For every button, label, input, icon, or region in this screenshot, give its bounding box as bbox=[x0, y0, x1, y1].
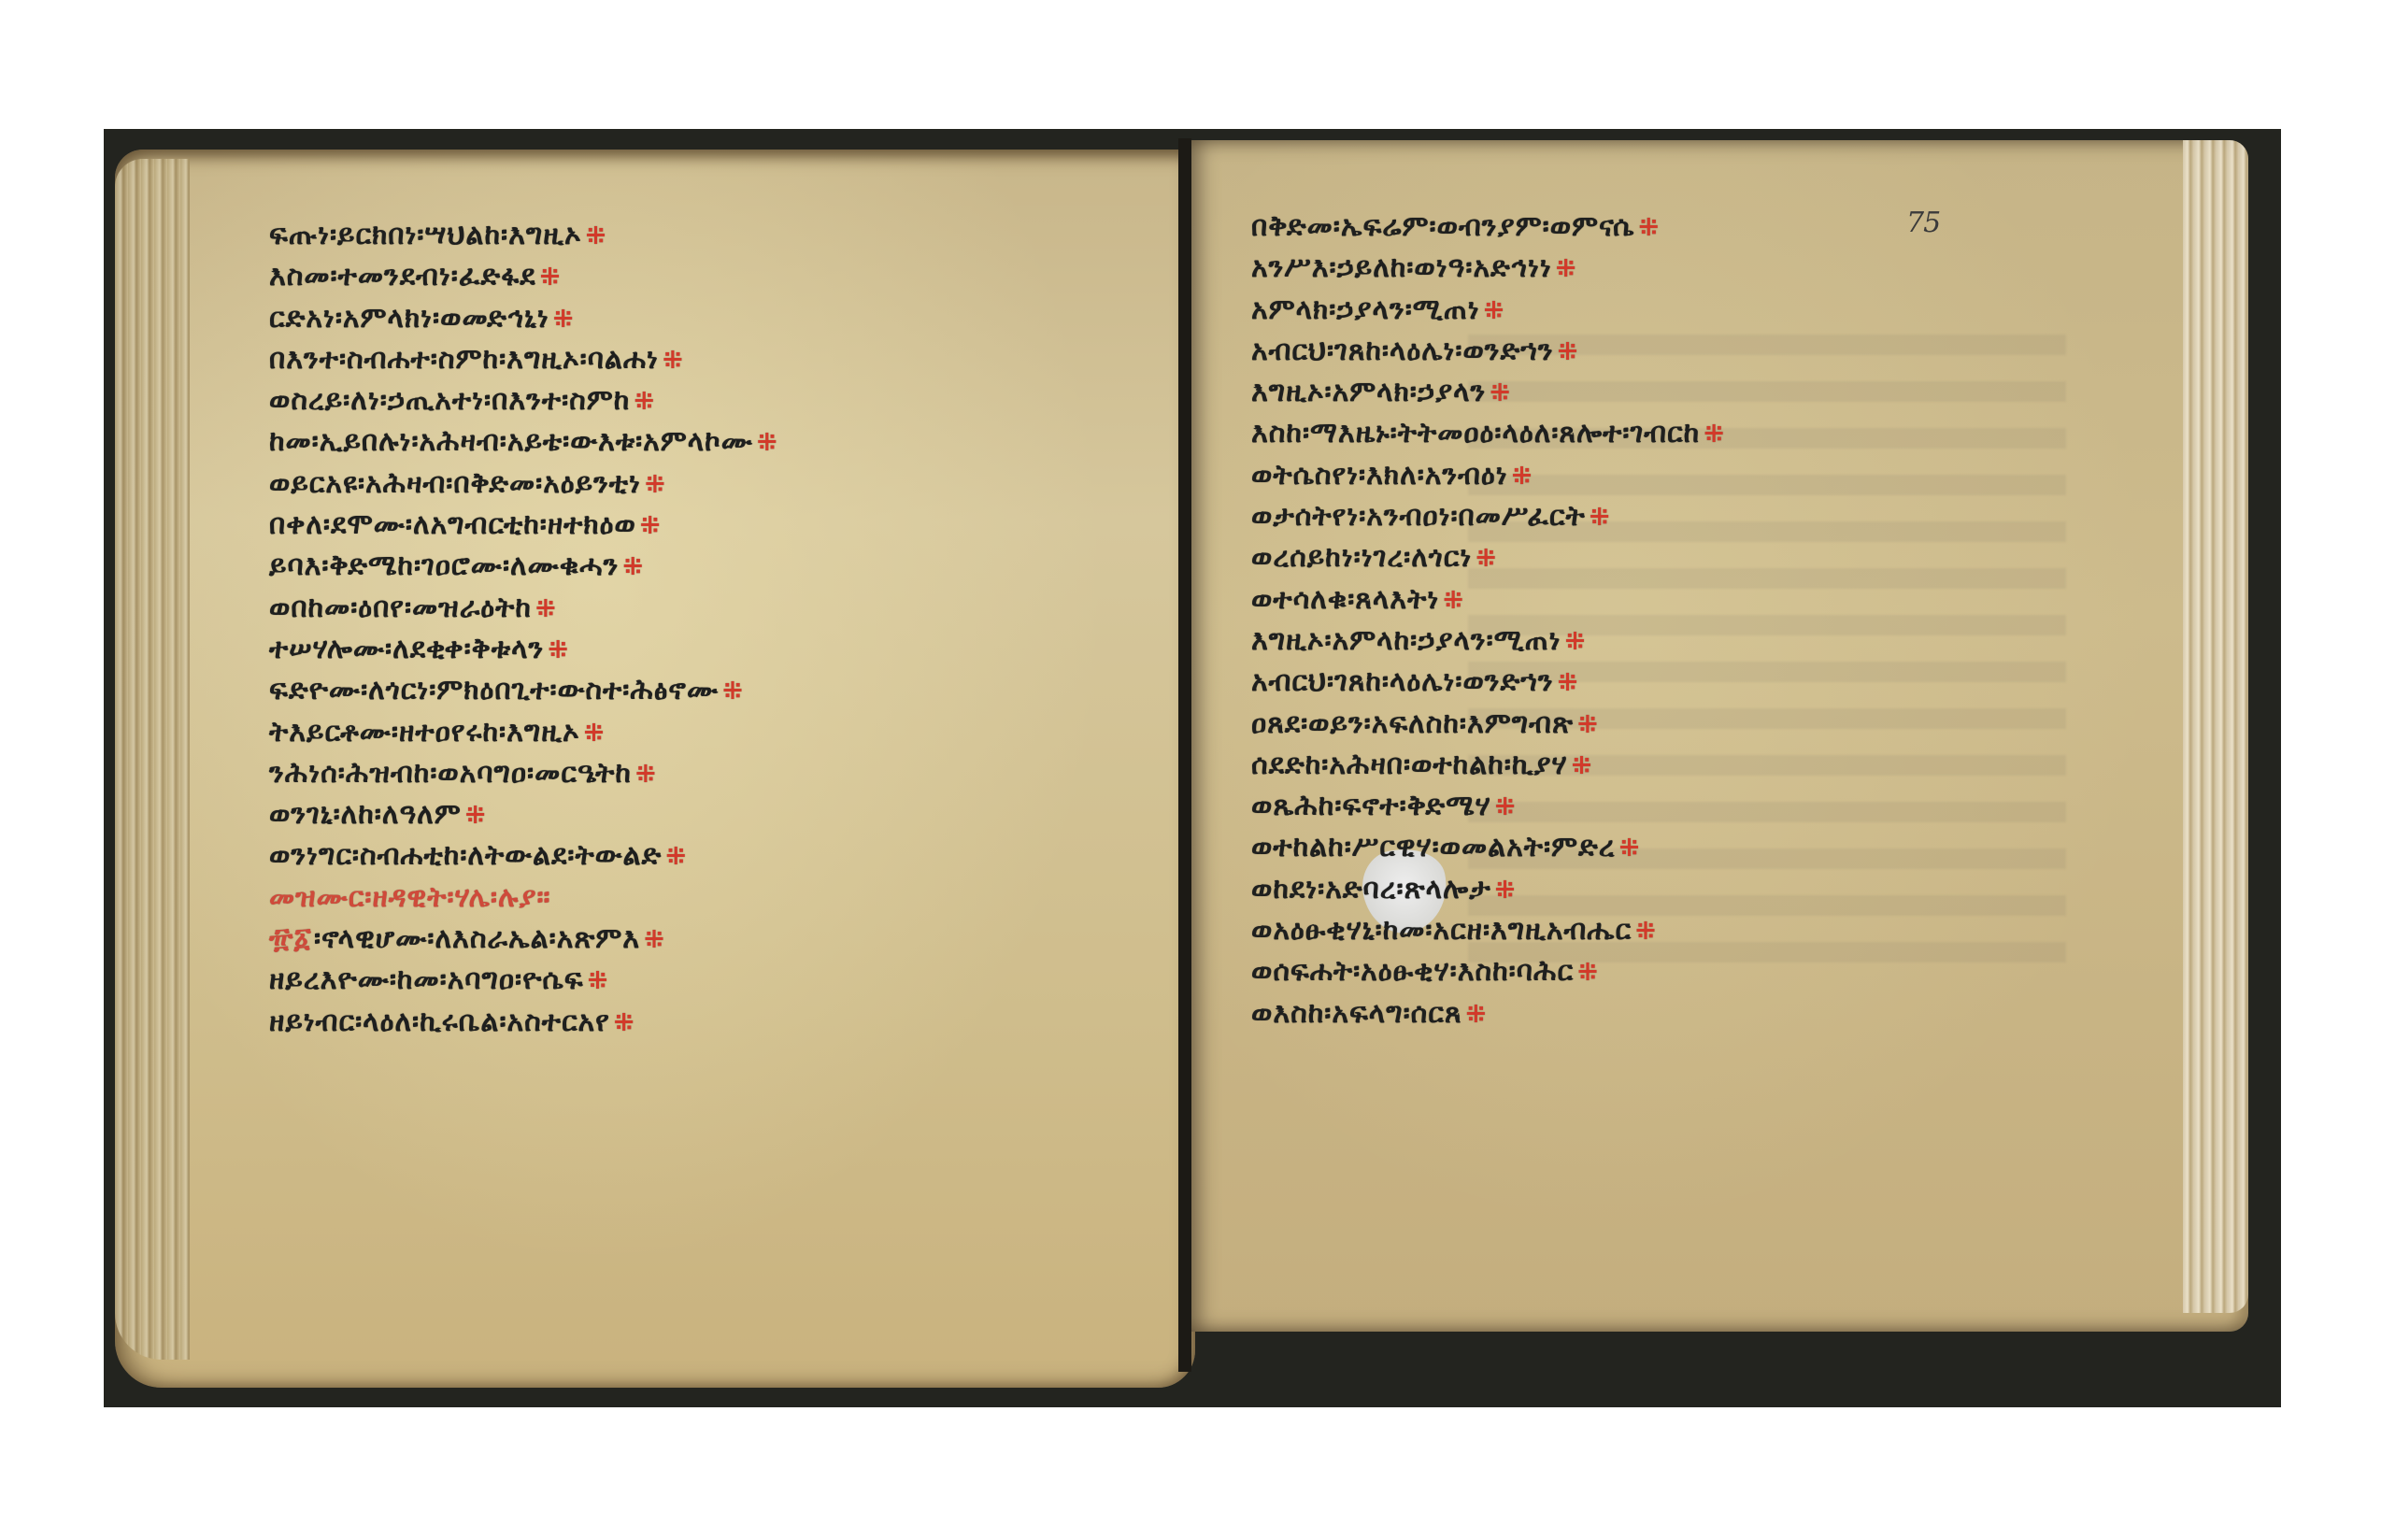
manuscript-scan: 75 ፍጡነ፡ይርክበነ፡ሣህልከ፡እግዚኦ⁜ እስመ፡ተመንደብነ፡ፈድፋደ⁜… bbox=[104, 129, 2281, 1407]
verse-divider-icon: ⁜ bbox=[757, 429, 778, 457]
text-line: ወተከልከ፡ሥርዊሃ፡ወመልአት፡ምድረ⁜ bbox=[1251, 827, 1725, 868]
text-line: ትእይርቶሙ፡ዘተዐየሩከ፡እግዚኦ⁜ bbox=[269, 712, 778, 753]
text-line: ወአዕፁቂሃኒ፡ከመ፡አርዘ፡እግዚአብሔር⁜ bbox=[1251, 910, 1725, 951]
text-line: ዐጸደ፡ወይን፡አፍለስከ፡እምግብጽ⁜ bbox=[1251, 704, 1725, 745]
text-line: ከመ፡ኢይበሉነ፡አሕዛብ፡አይቴ፡ውእቱ፡አምላኮሙ⁜ bbox=[269, 421, 778, 463]
text-line: ወሰፍሐት፡አዕፁቂሃ፡እስከ፡ባሕር⁜ bbox=[1251, 951, 1725, 992]
text-line: ወስረይ፡ለነ፡ኃጢአተነ፡በእንተ፡ስምከ⁜ bbox=[269, 380, 778, 421]
verse-divider-icon: ⁜ bbox=[1512, 463, 1533, 491]
verse-divider-icon: ⁜ bbox=[644, 926, 665, 954]
verse-divider-icon: ⁜ bbox=[614, 1009, 635, 1037]
text-line: ንሕነሰ፡ሕዝብከ፡ወአባግዐ፡መርዔትከ⁜ bbox=[269, 753, 778, 794]
verse-divider-icon: ⁜ bbox=[540, 264, 562, 292]
verse-divider-icon: ⁜ bbox=[1635, 918, 1657, 946]
verse-divider-icon: ⁜ bbox=[586, 222, 607, 250]
book-gutter bbox=[1178, 138, 1191, 1372]
verse-divider-icon: ⁜ bbox=[1558, 669, 1579, 697]
psalm-number: ፹፩ bbox=[269, 922, 312, 955]
text-line: ወእስከ፡አፍላግ፡ሰርጸ⁜ bbox=[1251, 993, 1725, 1034]
text-line: እስመ፡ተመንደብነ፡ፈድፋደ⁜ bbox=[269, 256, 778, 297]
verse-divider-icon: ⁜ bbox=[1556, 255, 1577, 283]
text-line: ወተሳለቁ፡ጸላእትነ⁜ bbox=[1251, 579, 1725, 620]
right-page-text: በቅድመ፡ኤፍሬም፡ወብንያም፡ወምናሴ⁜ አንሥእ፡ኃይለከ፡ወነዓ፡አድኅነ… bbox=[1251, 207, 1725, 1034]
verse-divider-icon: ⁜ bbox=[645, 471, 666, 499]
verse-divider-icon: ⁜ bbox=[1577, 959, 1599, 987]
text-line: እግዚኦ፡አምላከ፡ኃያላን፡ሚጠነ⁜ bbox=[1251, 620, 1725, 662]
text-line: በእንተ፡ስብሐተ፡ስምከ፡እግዚኦ፡ባልሐነ⁜ bbox=[269, 339, 778, 380]
verse-divider-icon: ⁜ bbox=[635, 761, 657, 789]
verse-divider-icon: ⁜ bbox=[1572, 752, 1593, 780]
text-line: ወትሴስየነ፡እክለ፡አንብዕነ⁜ bbox=[1251, 455, 1725, 496]
text-line: ፍጡነ፡ይርክበነ፡ሣህልከ፡እግዚኦ⁜ bbox=[269, 215, 778, 256]
verse-divider-icon: ⁜ bbox=[665, 843, 687, 871]
text-line: አብርህ፡ገጸከ፡ላዕሌነ፡ወንድኀን⁜ bbox=[1251, 662, 1725, 703]
text-line: ተሠሃሎሙ፡ለደቂቀ፡ቅቱላን⁜ bbox=[269, 629, 778, 670]
text-line: ርድአነ፡አምላክነ፡ወመድኅኒነ⁜ bbox=[269, 298, 778, 339]
left-page-text: ፍጡነ፡ይርክበነ፡ሣህልከ፡እግዚኦ⁜ እስመ፡ተመንደብነ፡ፈድፋደ⁜ ርድ… bbox=[269, 215, 778, 1043]
verse-divider-icon: ⁜ bbox=[1590, 504, 1611, 532]
verse-divider-icon: ⁜ bbox=[622, 553, 644, 581]
verse-divider-icon: ⁜ bbox=[640, 512, 662, 540]
verse-divider-icon: ⁜ bbox=[1558, 338, 1579, 366]
verse-divider-icon: ⁜ bbox=[584, 720, 606, 748]
verse-divider-icon: ⁜ bbox=[1577, 711, 1599, 739]
verse-divider-icon: ⁜ bbox=[663, 347, 684, 375]
verse-divider-icon: ⁜ bbox=[722, 677, 744, 706]
verse-divider-icon: ⁜ bbox=[553, 306, 575, 334]
text-line: እስከ፡ማእዜኑ፡ትትመዐዕ፡ላዕለ፡ጸሎተ፡ገብርከ⁜ bbox=[1251, 413, 1725, 454]
verse-divider-icon: ⁜ bbox=[1495, 793, 1517, 821]
text-line: ሰደድከ፡አሕዛበ፡ወተከልከ፡ኪያሃ⁜ bbox=[1251, 745, 1725, 786]
verse-divider-icon: ⁜ bbox=[548, 636, 569, 664]
text-line: ወይርአዩ፡አሕዛብ፡በቅድመ፡አዕይንቲነ⁜ bbox=[269, 463, 778, 505]
verse-divider-icon: ⁜ bbox=[1495, 877, 1517, 905]
text-line: እግዚኦ፡አምላክ፡ኃያላን⁜ bbox=[1251, 372, 1725, 413]
folio-number: 75 bbox=[1906, 207, 1940, 239]
psalm-heading-rubric: መዝሙር፡ዘዳዊት፡ሃሌ፡ሉያ። bbox=[269, 877, 778, 919]
text-line: ዘይረእዮሙ፡ከመ፡አባግዐ፡ዮሴፍ⁜ bbox=[269, 960, 778, 1001]
text-line: ወበከመ፡ዕበየ፡መዝራዕትከ⁜ bbox=[269, 588, 778, 629]
text-line: በቅድመ፡ኤፍሬም፡ወብንያም፡ወምናሴ⁜ bbox=[1251, 207, 1725, 248]
verse-divider-icon: ⁜ bbox=[1490, 379, 1511, 407]
text-line: ፹፩፡ኖላዊሆሙ፡ለእስራኤል፡አጽምእ⁜ bbox=[269, 919, 778, 960]
verse-divider-icon: ⁜ bbox=[588, 967, 609, 995]
text-line: ይባእ፡ቅድሜከ፡ገዐሮሙ፡ለሙቁሓን⁜ bbox=[269, 546, 778, 587]
text-line: ፍድዮሙ፡ለጎርነ፡ምክዕበጊተ፡ውስተ፡ሕፅኖሙ⁜ bbox=[269, 670, 778, 711]
verse-divider-icon: ⁜ bbox=[1565, 628, 1587, 656]
verse-divider-icon: ⁜ bbox=[634, 388, 655, 416]
text-line: ወንነግር፡ስብሐቲከ፡ለትውልደ፡ትውልድ⁜ bbox=[269, 835, 778, 877]
verse-divider-icon: ⁜ bbox=[1484, 297, 1505, 325]
text-line: አብርህ፡ገጸከ፡ላዕሌነ፡ወንድኀን⁜ bbox=[1251, 331, 1725, 372]
verse-divider-icon: ⁜ bbox=[1476, 545, 1497, 573]
text-line: አምላክ፡ኃያላን፡ሚጠነ⁜ bbox=[1251, 290, 1725, 331]
text-line: ወጼሕከ፡ፍኖተ፡ቅድሜሃ⁜ bbox=[1251, 786, 1725, 827]
text-line: በቀለ፡ደሞሙ፡ለአግብርቲከ፡ዘተክዕወ⁜ bbox=[269, 505, 778, 546]
verse-divider-icon: ⁜ bbox=[1465, 1001, 1487, 1029]
verse-divider-icon: ⁜ bbox=[1619, 834, 1641, 863]
verse-divider-icon: ⁜ bbox=[465, 802, 487, 830]
text-line: ወንገኒ፡ለከ፡ለዓለም⁜ bbox=[269, 794, 778, 835]
verse-divider-icon: ⁜ bbox=[1638, 214, 1660, 242]
text-line: ወከደነ፡አድባረ፡ጽላሎታ⁜ bbox=[1251, 869, 1725, 910]
verse-divider-icon: ⁜ bbox=[1704, 421, 1725, 449]
text-line: ዘይነብር፡ላዕለ፡ኪሩቤል፡አስተርአየ⁜ bbox=[269, 1002, 778, 1043]
verse-divider-icon: ⁜ bbox=[1443, 587, 1464, 615]
verse-divider-icon: ⁜ bbox=[535, 595, 557, 623]
text-line: ወታሰትየነ፡አንብዐነ፡በመሥፈርት⁜ bbox=[1251, 496, 1725, 537]
text-line: አንሥእ፡ኃይለከ፡ወነዓ፡አድኅነነ⁜ bbox=[1251, 248, 1725, 289]
text-line: ወረሰይከነ፡ነገረ፡ለጎርነ⁜ bbox=[1251, 537, 1725, 578]
